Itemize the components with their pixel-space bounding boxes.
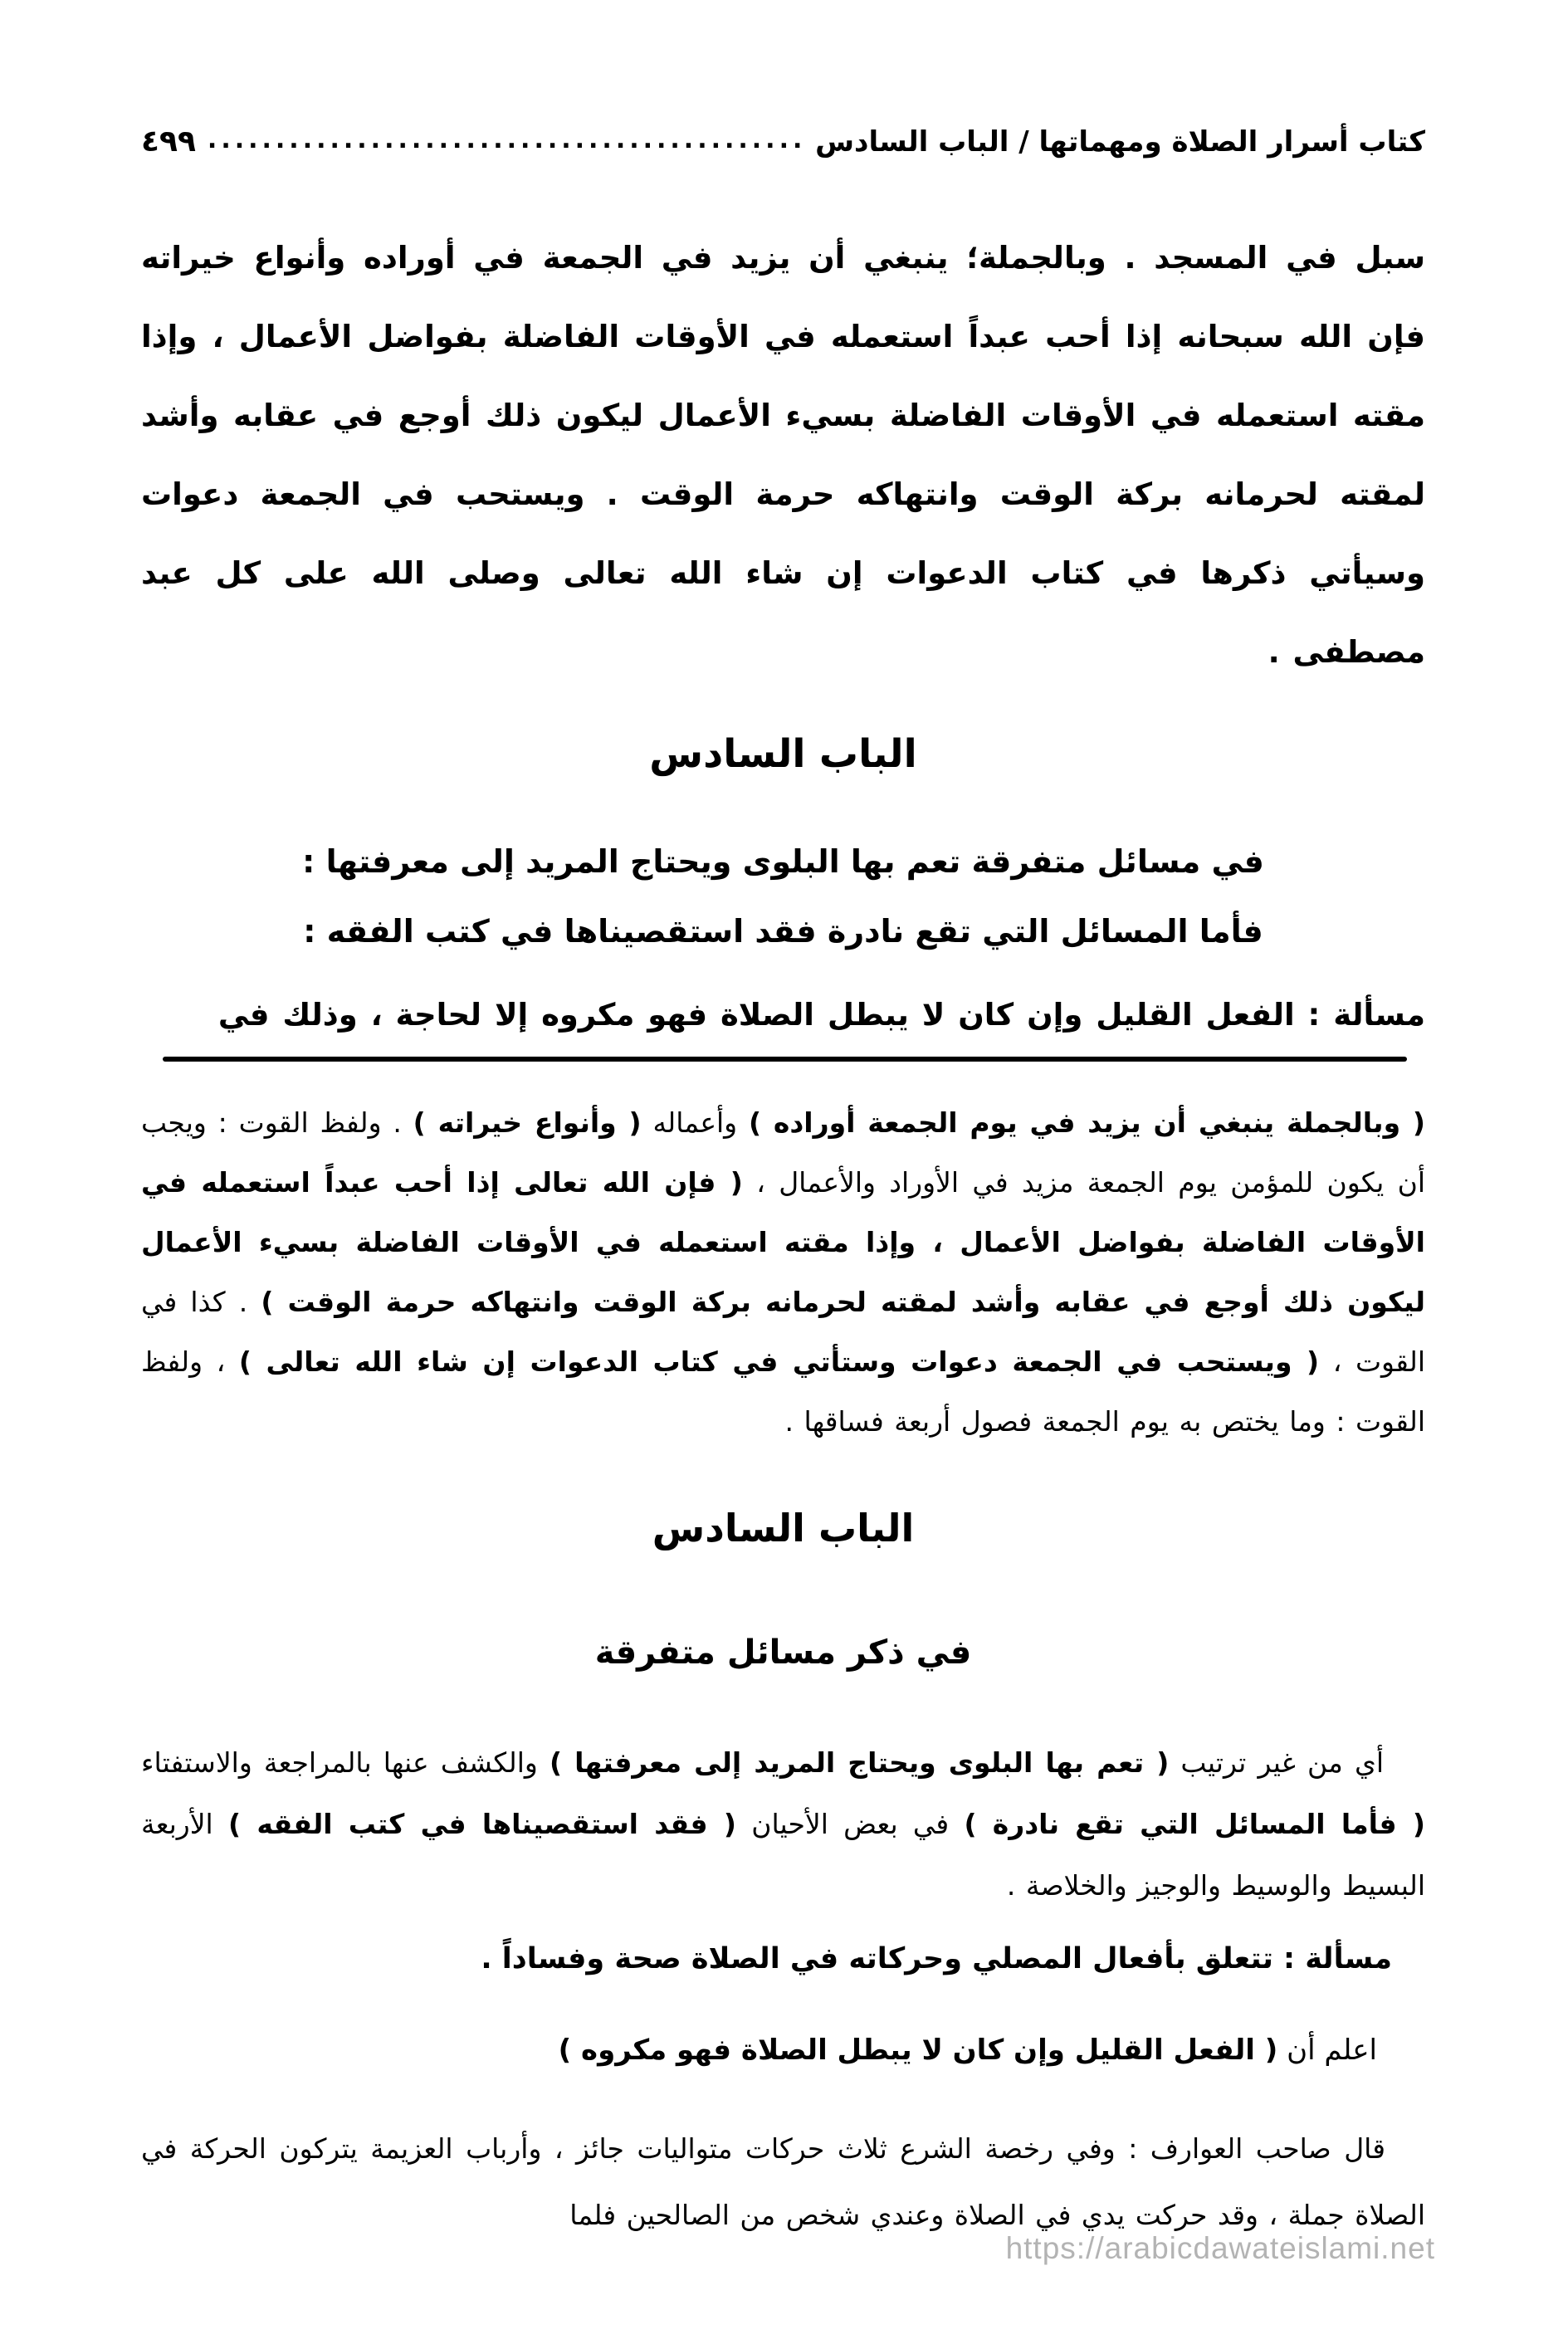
page-content: كتاب أسرار الصلاة ومهماتها / الباب الساد…	[0, 0, 1568, 2249]
matn-paragraph: سبل في المسجد . وبالجملة؛ ينبغي أن يزيد …	[141, 218, 1425, 691]
page-number: ٤٩٩	[141, 125, 196, 159]
commentary-section: ( وبالجملة ينبغي أن يزيد في يوم الجمعة أ…	[141, 1093, 1425, 2249]
chapter-subheading-1: في مسائل متفرقة تعم بها البلوى ويحتاج ال…	[141, 841, 1425, 882]
masala-line: مسألة : الفعل القليل وإن كان لا يبطل الص…	[141, 994, 1425, 1037]
footnote-separator-rule	[163, 1057, 1407, 1062]
commentary-paragraph-2: أي من غير ترتيب ( تعم بها البلوى ويحتاج …	[141, 1732, 1425, 1917]
commentary-chapter-subheading: في ذكر مسائل متفرقة	[141, 1631, 1425, 1674]
chapter-heading: الباب السادس	[141, 730, 1425, 779]
watermark-url: https://arabicdawateislami.net	[1006, 2231, 1435, 2266]
commentary-chapter-heading: الباب السادس	[141, 1503, 1425, 1553]
commentary-i3lam-line: اعلم أن ( الفعل القليل وإن كان لا يبطل ا…	[141, 2029, 1425, 2071]
commentary-paragraph-3: قال صاحب العوارف : وفي رخصة الشرع ثلاث ح…	[141, 2116, 1425, 2249]
running-head: كتاب أسرار الصلاة ومهماتها / الباب الساد…	[141, 125, 1425, 159]
book-page: كتاب أسرار الصلاة ومهماتها / الباب الساد…	[0, 0, 1568, 2344]
matn-section: سبل في المسجد . وبالجملة؛ ينبغي أن يزيد …	[141, 218, 1425, 1037]
dot-leader: ........................................…	[208, 124, 804, 157]
book-title: كتاب أسرار الصلاة ومهماتها / الباب الساد…	[815, 125, 1425, 159]
chapter-subheading-2: فأما المسائل التي تقع نادرة فقد استقصينا…	[141, 911, 1425, 952]
commentary-paragraph-1: ( وبالجملة ينبغي أن يزيد في يوم الجمعة أ…	[141, 1093, 1425, 1452]
commentary-masala-line: مسألة : تتعلق بأفعال المصلي وحركاته في ا…	[141, 1938, 1425, 1980]
